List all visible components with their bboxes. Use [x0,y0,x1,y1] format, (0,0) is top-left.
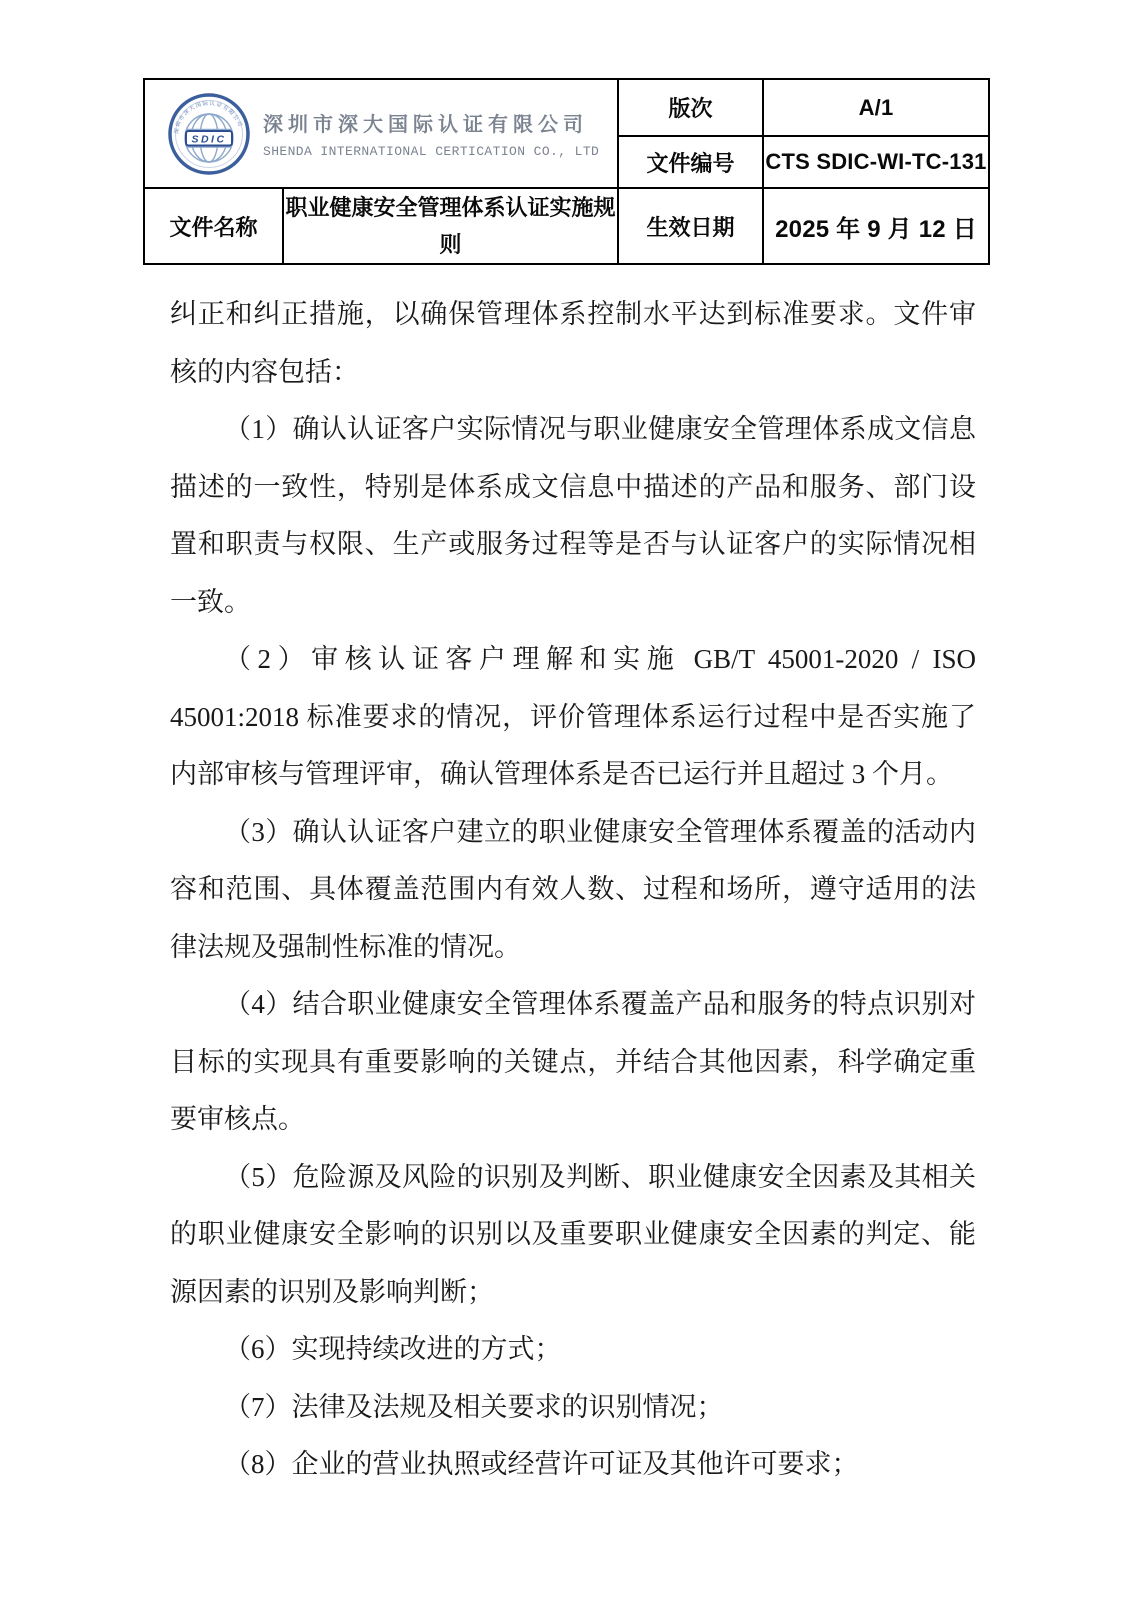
body-paragraph: （5）危险源及风险的识别及判断、职业健康安全因素及其相关的职业健康安全影响的识别… [170,1149,976,1322]
body-paragraph: （2）审核认证客户理解和实施 GB/T 45001-2020 / ISO 450… [170,631,976,804]
body-paragraph: （4）结合职业健康安全管理体系覆盖产品和服务的特点识别对目标的实现具有重要影响的… [170,976,976,1149]
body-paragraph: （8）企业的营业执照或经营许可证及其他许可要求； [170,1436,976,1494]
company-name-en: SHENDA INTERNATIONAL CERTICATION CO., LT… [263,144,599,159]
version-label: 版次 [618,79,763,136]
doc-number-label: 文件编号 [618,136,763,188]
company-name-cn: 深圳市深大国际认证有限公司 [263,108,599,137]
document-body: 纠正和纠正措施，以确保管理体系控制水平达到标准要求。文件审核的内容包括：（1）确… [170,286,976,1494]
company-logo-icon: 深圳市深大国际认证有限公司 SDIC [167,92,251,176]
body-paragraph: （6）实现持续改进的方式； [170,1321,976,1379]
effective-date-value: 2025 年 9 月 12 日 [763,188,989,264]
logo-badge-text: SDIC [191,133,226,145]
doc-name-label: 文件名称 [144,188,283,264]
logo-cell: 深圳市深大国际认证有限公司 SDIC [144,79,618,188]
body-paragraph: （3）确认认证客户建立的职业健康安全管理体系覆盖的活动内容和范围、具体覆盖范围内… [170,804,976,977]
effective-date-label: 生效日期 [618,188,763,264]
body-paragraph: （7）法律及法规及相关要求的识别情况； [170,1379,976,1437]
body-paragraph: （1）确认认证客户实际情况与职业健康安全管理体系成文信息描述的一致性，特别是体系… [170,401,976,631]
version-value: A/1 [763,79,989,136]
doc-name-value: 职业健康安全管理体系认证实施规则 [283,188,618,264]
doc-number-value: CTS SDIC-WI-TC-131 [763,136,989,188]
body-paragraph: 纠正和纠正措施，以确保管理体系控制水平达到标准要求。文件审核的内容包括： [170,286,976,401]
document-page: 深圳市深大国际认证有限公司 SDIC [0,0,1131,1600]
document-header-table: 深圳市深大国际认证有限公司 SDIC [143,78,990,265]
